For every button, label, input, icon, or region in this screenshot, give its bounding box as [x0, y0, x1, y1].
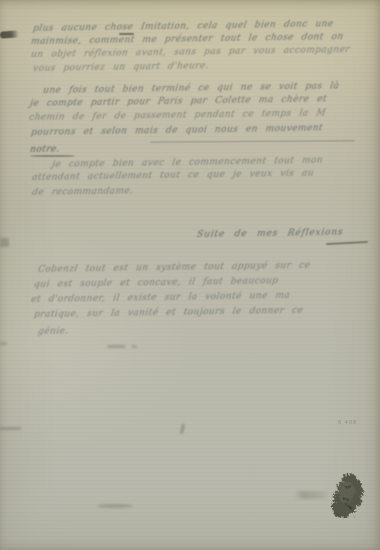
left-margin-smudge [0, 238, 9, 247]
section-heading: Suite de mes Réflexions [196, 228, 344, 240]
heading-flourish [326, 241, 368, 245]
ink-stamp [329, 471, 367, 521]
handwriting-line: une fois tout bien terminé ce qui ne se … [42, 81, 340, 96]
handwriting-line: qui est souple et concave, il faut beauc… [33, 276, 279, 290]
bottom-wavy-dash [97, 504, 133, 508]
handwriting-line: et d'ordonner, il existe sur la volonté … [30, 291, 291, 305]
center-tick-mark [180, 424, 185, 434]
handwriting-line: chemin de fer de passement pendant ce te… [28, 108, 326, 123]
handwriting-line: je compte partir pour Paris par Colette … [29, 94, 327, 109]
phrase-underline [150, 140, 355, 142]
stamp-side-smudge [294, 491, 330, 499]
word-underline [30, 155, 75, 157]
handwriting-line: Cobenzl tout est un système tout appuyé … [37, 261, 311, 275]
left-edge-tick [0, 342, 7, 345]
handwriting-line: attendant actuellement tout ce que je ve… [31, 169, 314, 183]
manuscript-page: plus aucune chose Imitation, cela quel b… [0, 0, 380, 550]
handwriting-line: génie. [37, 327, 69, 337]
handwriting-line: notre. [29, 145, 60, 155]
handwriting-line: de recommandame. [31, 186, 134, 198]
handwriting-line: pourrons et selon mais de quoi nous en m… [30, 123, 323, 138]
mid-dash-dot [107, 345, 137, 348]
handwriting-line: pratique, sur la vanité et toujours le d… [33, 306, 304, 320]
left-margin-dash-lower [0, 427, 21, 430]
handwriting-line: mainmise, comment me présenter tout le c… [30, 32, 344, 47]
catalog-number: 6 408 [338, 420, 357, 426]
word-underline [119, 33, 134, 35]
handwriting-line: plus aucune chose Imitation, cela quel b… [32, 19, 334, 34]
handwriting-line: un objet réflexion avant, sans pas par v… [30, 45, 350, 60]
handwriting-line: vous pourriez un quart d'heure. [32, 61, 209, 74]
left-margin-dash [0, 30, 19, 38]
handwriting-line: je compte bien avec le commencement tout… [51, 156, 324, 170]
